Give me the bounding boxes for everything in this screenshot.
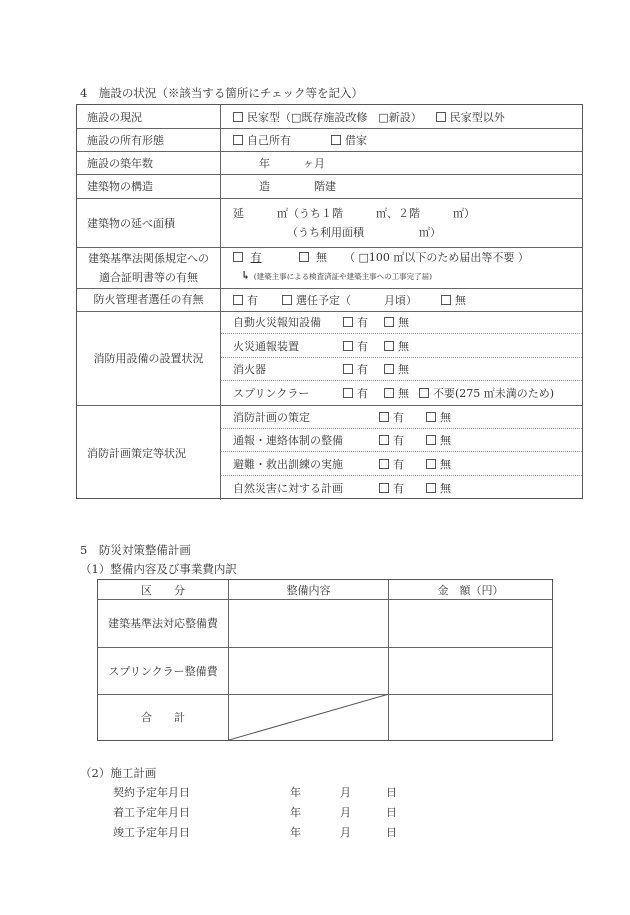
table-row: 建築物の構造 造 階建 bbox=[77, 174, 582, 199]
list-item: 自然災害に対する計画 有 無 bbox=[221, 476, 582, 500]
exemption-note: （ □100 ㎡以下のため届出等不要 ） bbox=[344, 251, 529, 264]
subsection-2-heading: （2）施工計画 bbox=[80, 765, 156, 781]
checkbox[interactable] bbox=[343, 317, 353, 327]
list-item: スプリンクラー 有 無 不要(275 ㎡未満のため) bbox=[221, 381, 582, 405]
month-field[interactable]: 月 bbox=[340, 824, 351, 840]
checkbox[interactable] bbox=[384, 388, 394, 398]
section-5-heading: 5 防災対策整備計画 bbox=[80, 542, 191, 558]
checkbox[interactable] bbox=[384, 317, 394, 327]
schedule-label: 着工予定年月日 bbox=[113, 804, 190, 820]
category-cell: 合 計 bbox=[98, 694, 229, 740]
content-cell[interactable] bbox=[229, 599, 389, 647]
option-label: 無 bbox=[398, 338, 409, 354]
option-label: 無 bbox=[398, 385, 409, 401]
option-label: 選任予定（ 月頃） bbox=[296, 292, 417, 308]
checkbox[interactable] bbox=[384, 364, 394, 374]
option-label: 有 bbox=[357, 338, 368, 354]
row-value: 有 無 （ □100 ㎡以下のため届出等不要 ） ↳ (建築主事による検査済証や… bbox=[221, 247, 582, 288]
area-line-2: （うち利用面積 ㎡） bbox=[233, 223, 441, 242]
category-cell: スプリンクラー整備費 bbox=[98, 647, 229, 694]
column-header: 整備内容 bbox=[229, 580, 389, 599]
option-label: 借家 bbox=[345, 132, 367, 148]
option-label: 民家型（□既存施設改修 □新設） bbox=[247, 109, 422, 125]
row-label: 建築基準法関係規定への 適合証明書等の有無 bbox=[77, 247, 221, 288]
amount-cell[interactable] bbox=[389, 694, 552, 740]
checkbox[interactable] bbox=[426, 435, 436, 445]
month-field[interactable]: 月 bbox=[340, 804, 351, 820]
option-label: 有 bbox=[357, 361, 368, 377]
option-label: 無 bbox=[455, 292, 466, 308]
item-name: 火災通報装置 bbox=[233, 338, 343, 354]
item-name: スプリンクラー bbox=[233, 385, 343, 401]
checkbox[interactable] bbox=[436, 112, 446, 122]
option-label: 有 bbox=[357, 385, 368, 401]
table-row: 防火管理者選任の有無 有 選任予定（ 月頃） 無 bbox=[77, 288, 582, 312]
row-label: 施設の築年数 bbox=[77, 151, 221, 174]
content-cell[interactable] bbox=[229, 647, 389, 694]
checkbox[interactable] bbox=[233, 112, 243, 122]
row-label: 施設の現況 bbox=[77, 105, 221, 128]
table-row: 建築基準法対応整備費 bbox=[98, 599, 552, 648]
table-row: 施設の所有形態 自己所有 借家 bbox=[77, 128, 582, 152]
checkbox[interactable] bbox=[233, 295, 243, 305]
option-label: 無 bbox=[440, 456, 451, 472]
area-line-1: 延 ㎡（うち１階 ㎡、２階 ㎡） bbox=[233, 204, 475, 223]
row-label: 防火管理者選任の有無 bbox=[77, 288, 221, 311]
content-cell-crossed bbox=[229, 694, 389, 740]
option-label: 有 bbox=[393, 456, 404, 472]
checkbox[interactable] bbox=[379, 483, 389, 493]
option-label: 無 bbox=[398, 314, 409, 330]
checkbox[interactable] bbox=[419, 388, 429, 398]
option-label: 無 bbox=[398, 361, 409, 377]
day-field[interactable]: 日 bbox=[386, 804, 397, 820]
group-label: 消防計画策定等状況 bbox=[77, 405, 221, 500]
row-value[interactable]: 年 ヶ月 bbox=[221, 151, 582, 174]
option-label: 自己所有 bbox=[247, 132, 291, 148]
checkbox[interactable] bbox=[441, 295, 451, 305]
table-row: 施設の現況 民家型（□既存施設改修 □新設） 民家型以外 bbox=[77, 105, 582, 129]
item-name: 自然災害に対する計画 bbox=[233, 480, 379, 496]
row-label: 施設の所有形態 bbox=[77, 128, 221, 151]
checkbox[interactable] bbox=[384, 341, 394, 351]
item-name: 避難・救出訓練の実施 bbox=[233, 456, 379, 472]
year-field[interactable]: 年 bbox=[290, 804, 301, 820]
row-value[interactable]: 造 階建 bbox=[221, 174, 582, 198]
checkbox[interactable] bbox=[379, 412, 389, 422]
row-value: 自己所有 借家 bbox=[221, 128, 582, 151]
option-label: 有 bbox=[247, 292, 258, 308]
section-4-heading: 4 施設の状況（※該当する箇所にチェック等を記入） bbox=[80, 85, 363, 101]
option-label: 民家型以外 bbox=[450, 109, 505, 125]
row-value[interactable]: 延 ㎡（うち１階 ㎡、２階 ㎡） （うち利用面積 ㎡） bbox=[221, 198, 582, 247]
checkbox[interactable] bbox=[299, 252, 309, 262]
amount-cell[interactable] bbox=[389, 647, 552, 694]
item-name: 自動火災報知設備 bbox=[233, 314, 343, 330]
schedule-label: 契約予定年月日 bbox=[113, 784, 190, 800]
item-name: 通報・連絡体制の整備 bbox=[233, 432, 379, 448]
option-label: 無 bbox=[440, 409, 451, 425]
option-label: 有 bbox=[393, 480, 404, 496]
option-label: 有 bbox=[251, 251, 262, 264]
amount-cell[interactable] bbox=[389, 599, 552, 647]
option-label: 無 bbox=[440, 480, 451, 496]
label-line: 建築基準法関係規定への bbox=[88, 249, 209, 268]
table-row: 施設の築年数 年 ヶ月 bbox=[77, 151, 582, 175]
label-line: 適合証明書等の有無 bbox=[99, 268, 198, 287]
category-cell: 建築基準法対応整備費 bbox=[98, 599, 229, 647]
option-label: 不要(275 ㎡未満のため) bbox=[433, 385, 554, 401]
row-label: 建築物の延べ面積 bbox=[77, 198, 221, 247]
table-row: スプリンクラー整備費 bbox=[98, 647, 552, 695]
option-label: 有 bbox=[393, 409, 404, 425]
group-label: 消防用設備の設置状況 bbox=[77, 311, 221, 405]
option-label: 有 bbox=[393, 432, 404, 448]
item-name: 消防計画の策定 bbox=[233, 409, 379, 425]
checkbox[interactable] bbox=[379, 435, 389, 445]
cost-breakdown-table: 区 分 整備内容 金 額（円） 建築基準法対応整備費 スプリンクラー整備費 合 … bbox=[97, 579, 553, 741]
column-header: 区 分 bbox=[98, 580, 229, 599]
list-item: 消火器 有 無 bbox=[221, 358, 582, 381]
row-label: 建築物の構造 bbox=[77, 174, 221, 198]
option-label: 無 bbox=[440, 432, 451, 448]
fire-plan-group: 消防計画策定等状況 消防計画の策定 有 無 通報・連絡体制の整備 有 無 避難・… bbox=[77, 405, 582, 500]
list-item: 避難・救出訓練の実施 有 無 bbox=[221, 452, 582, 476]
column-header: 金 額（円） bbox=[389, 580, 552, 599]
year-field[interactable]: 年 bbox=[290, 784, 301, 800]
subsection-1-heading: （1）整備内容及び事業費内訳 bbox=[80, 561, 237, 577]
row-value: 民家型（□既存施設改修 □新設） 民家型以外 bbox=[221, 105, 582, 128]
checkbox[interactable] bbox=[343, 341, 353, 351]
year-field[interactable]: 年 bbox=[290, 824, 301, 840]
facility-status-table: 施設の現況 民家型（□既存施設改修 □新設） 民家型以外 施設の所有形態 自己所… bbox=[76, 104, 583, 499]
checkbox[interactable] bbox=[426, 459, 436, 469]
checkbox[interactable] bbox=[343, 388, 353, 398]
checkbox[interactable] bbox=[426, 412, 436, 422]
fire-equipment-group: 消防用設備の設置状況 自動火災報知設備 有 無 火災通報装置 有 無 消火器 有… bbox=[77, 311, 582, 406]
option-label: 無 bbox=[316, 251, 327, 264]
table-row: 建築物の延べ面積 延 ㎡（うち１階 ㎡、２階 ㎡） （うち利用面積 ㎡） bbox=[77, 198, 582, 248]
checkbox[interactable] bbox=[426, 483, 436, 493]
schedule-label: 竣工予定年月日 bbox=[113, 824, 190, 840]
checkbox[interactable] bbox=[331, 135, 341, 145]
table-row-total: 合 計 bbox=[98, 694, 552, 740]
table-row: 建築基準法関係規定への 適合証明書等の有無 有 無 （ □100 ㎡以下のため届… bbox=[77, 247, 582, 289]
sub-note: (建築主事による検査済証や建築主事への工事完了届) bbox=[254, 272, 432, 281]
day-field[interactable]: 日 bbox=[386, 824, 397, 840]
arrow-icon: ↳ bbox=[241, 269, 250, 282]
checkbox[interactable] bbox=[379, 459, 389, 469]
list-item: 火災通報装置 有 無 bbox=[221, 334, 582, 358]
list-item: 自動火災報知設備 有 無 bbox=[221, 311, 582, 334]
row-value: 有 選任予定（ 月頃） 無 bbox=[221, 288, 582, 311]
diagonal-strike-icon bbox=[229, 694, 389, 740]
day-field[interactable]: 日 bbox=[386, 784, 397, 800]
item-name: 消火器 bbox=[233, 361, 343, 377]
checkbox[interactable] bbox=[343, 364, 353, 374]
month-field[interactable]: 月 bbox=[340, 784, 351, 800]
checkbox[interactable] bbox=[282, 295, 292, 305]
checkbox[interactable] bbox=[233, 135, 243, 145]
option-label: 有 bbox=[357, 314, 368, 330]
list-item: 通報・連絡体制の整備 有 無 bbox=[221, 429, 582, 452]
checkbox[interactable] bbox=[233, 252, 243, 262]
table-header: 区 分 整備内容 金 額（円） bbox=[98, 580, 552, 600]
list-item: 消防計画の策定 有 無 bbox=[221, 405, 582, 429]
